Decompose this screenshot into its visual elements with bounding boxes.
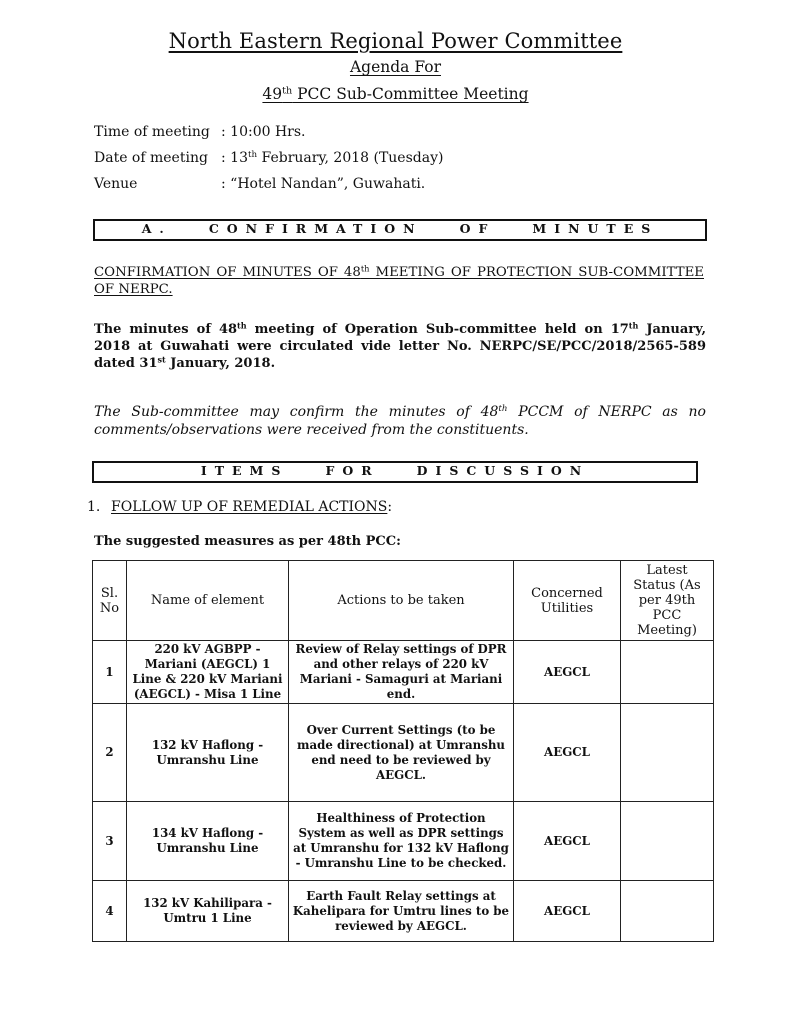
para2-a: The Sub-committee may confirm the minute… (94, 404, 498, 420)
table-row: 4 132 kV Kahilipara - Umtru 1 Line Earth… (93, 881, 714, 942)
meeting-venue-row: Venue: “Hotel Nandan”, Guwahati. (94, 176, 425, 192)
cell-sl: 4 (93, 881, 127, 942)
meeting-number: 49 (262, 85, 282, 103)
meeting-venue-value: : “Hotel Nandan”, Guwahati. (221, 176, 425, 192)
para1-d: January, 2018. (166, 356, 275, 371)
remedial-actions-table: Sl. No Name of element Actions to be tak… (92, 560, 714, 942)
cell-status (621, 881, 714, 942)
item-1-heading: 1.FOLLOW UP OF REMEDIAL ACTIONS: (87, 499, 392, 515)
cell-action: Earth Fault Relay settings at Kahelipara… (289, 881, 514, 942)
cell-status (621, 641, 714, 704)
cell-element: 134 kV Haflong - Umranshu Line (127, 802, 289, 881)
cell-element: 132 kV Haflong - Umranshu Line (127, 704, 289, 802)
meeting-time-label: Time of meeting (94, 124, 221, 140)
minutes-circulation-paragraph: The minutes of 48th meeting of Operation… (94, 321, 706, 372)
header-status: Latest Status (As per 49th PCC Meeting) (621, 561, 714, 641)
meeting-title-text: PCC Sub-Committee Meeting (292, 85, 528, 103)
agenda-for-heading: Agenda For (0, 58, 791, 76)
para2-sup: th (498, 404, 507, 414)
confirmation-note-paragraph: The Sub-committee may confirm the minute… (94, 403, 706, 439)
meeting-date-label: Date of meeting (94, 150, 221, 166)
header-element: Name of element (127, 561, 289, 641)
meeting-date-value: : 13th February, 2018 (Tuesday) (221, 150, 443, 166)
confirmation-heading-part1: CONFIRMATION OF MINUTES OF 48 (94, 265, 361, 280)
cell-action: Over Current Settings (to be made direct… (289, 704, 514, 802)
confirmation-heading: CONFIRMATION OF MINUTES OF 48th MEETING … (94, 264, 704, 298)
para1-b: meeting of Operation Sub-committee held … (247, 322, 629, 337)
header-actions: Actions to be taken (289, 561, 514, 641)
item-colon: : (387, 499, 392, 515)
cell-sl: 3 (93, 802, 127, 881)
cell-utility: AEGCL (514, 881, 621, 942)
date-day-suffix: th (248, 150, 257, 160)
header-utilities: Concerned Utilities (514, 561, 621, 641)
document-title: North Eastern Regional Power Committee (0, 29, 791, 53)
date-day: : 13 (221, 150, 248, 166)
meeting-number-suffix: th (282, 86, 292, 97)
date-rest: February, 2018 (Tuesday) (257, 150, 443, 166)
cell-element: 220 kV AGBPP - Mariani (AEGCL) 1 Line & … (127, 641, 289, 704)
items-for-discussion-box: ITEMS FOR DISCUSSION (92, 461, 698, 483)
cell-status (621, 704, 714, 802)
table-header-row: Sl. No Name of element Actions to be tak… (93, 561, 714, 641)
header-sl-no: Sl. No (93, 561, 127, 641)
cell-action: Healthiness of Protection System as well… (289, 802, 514, 881)
para1-sup2: th (629, 321, 639, 331)
meeting-date-row: Date of meeting: 13th February, 2018 (Tu… (94, 150, 443, 166)
cell-status (621, 802, 714, 881)
table-row: 2 132 kV Haflong - Umranshu Line Over Cu… (93, 704, 714, 802)
meeting-venue-label: Venue (94, 176, 221, 192)
para1-a: The minutes of 48 (94, 322, 237, 337)
para1-sup3: st (158, 355, 166, 365)
meeting-time-value: : 10:00 Hrs. (221, 124, 306, 140)
cell-sl: 2 (93, 704, 127, 802)
table-caption: The suggested measures as per 48th PCC: (94, 534, 401, 549)
meeting-title: 49th PCC Sub-Committee Meeting (0, 85, 791, 103)
table-row: 1 220 kV AGBPP - Mariani (AEGCL) 1 Line … (93, 641, 714, 704)
item-title: FOLLOW UP OF REMEDIAL ACTIONS (111, 499, 387, 515)
section-a-title-box: A. CONFIRMATION OF MINUTES (93, 219, 707, 241)
cell-element: 132 kV Kahilipara - Umtru 1 Line (127, 881, 289, 942)
cell-utility: AEGCL (514, 802, 621, 881)
cell-utility: AEGCL (514, 704, 621, 802)
meeting-time-row: Time of meeting: 10:00 Hrs. (94, 124, 306, 140)
cell-action: Review of Relay settings of DPR and othe… (289, 641, 514, 704)
table-row: 3 134 kV Haflong - Umranshu Line Healthi… (93, 802, 714, 881)
item-number: 1. (87, 499, 111, 515)
cell-utility: AEGCL (514, 641, 621, 704)
cell-sl: 1 (93, 641, 127, 704)
para1-sup1: th (237, 321, 247, 331)
